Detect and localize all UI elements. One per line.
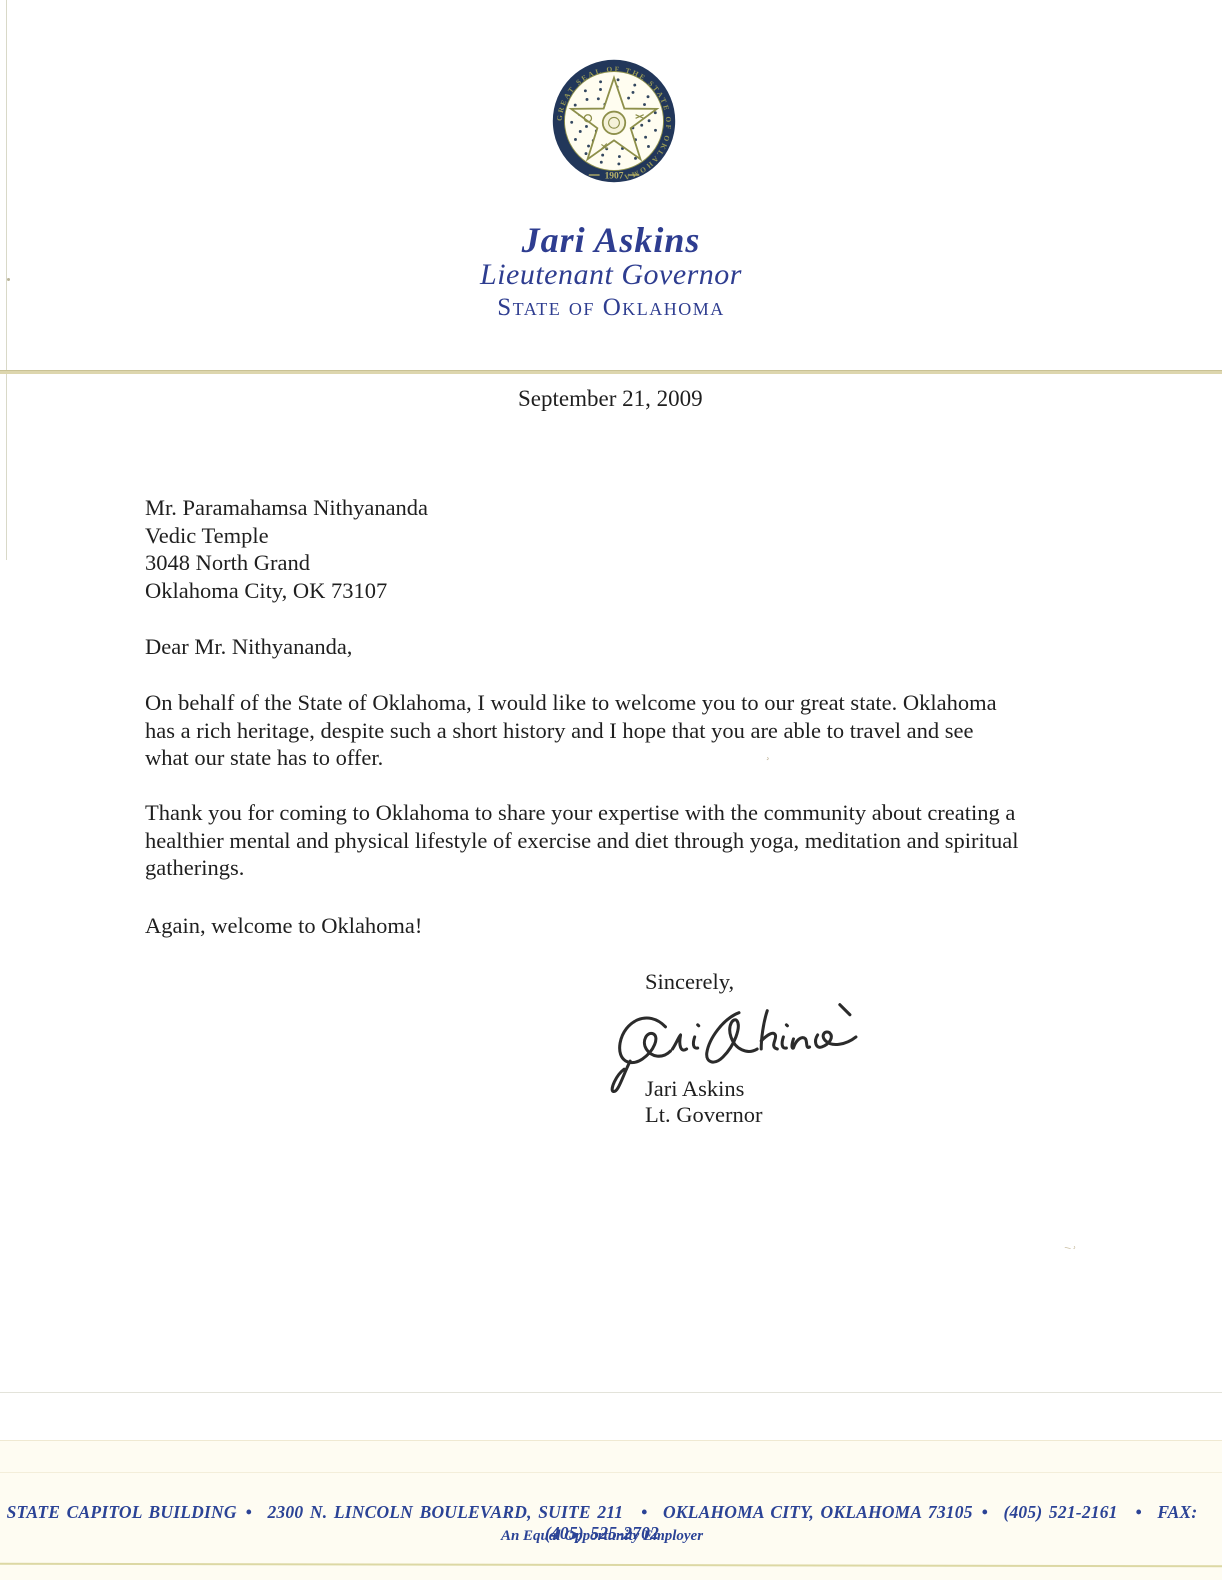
letterhead-name: Jari Askins <box>0 219 1222 261</box>
recipient-line: Mr. Paramahamsa Nithyananda <box>145 494 428 522</box>
body-line: has a rich heritage, despite such a shor… <box>145 717 1125 745</box>
footer-eoe-line: An Equal Opportunity Employer <box>0 1528 1222 1545</box>
oklahoma-state-seal: GREAT SEAL OF THE STATE OF OKLAHOMA 1907 <box>551 58 677 184</box>
body-line: On behalf of the State of Oklahoma, I wo… <box>145 689 1125 717</box>
salutation: Dear Mr. Nithyananda, <box>145 634 352 660</box>
letter-date: September 21, 2009 <box>518 386 703 412</box>
state-seal-icon: GREAT SEAL OF THE STATE OF OKLAHOMA 1907 <box>551 58 677 184</box>
paragraph-2: Thank you for coming to Oklahoma to shar… <box>145 799 1125 882</box>
signature-name: Jari Askins <box>645 1076 744 1102</box>
body-line: gatherings. <box>145 854 1125 882</box>
body-line: Thank you for coming to Oklahoma to shar… <box>145 799 1125 827</box>
seal-year: 1907 <box>605 172 624 182</box>
letterhead-state: State of Oklahoma <box>0 294 1222 322</box>
signature-title: Lt. Governor <box>645 1102 762 1128</box>
recipient-line: Oklahoma City, OK 73107 <box>145 577 428 605</box>
body-line: Again, welcome to Oklahoma! <box>145 912 1125 940</box>
recipient-line: 3048 North Grand <box>145 549 428 577</box>
scan-fold-line <box>0 1392 1222 1393</box>
recipient-line: Vedic Temple <box>145 522 428 550</box>
footer-band-edge <box>0 1440 1222 1441</box>
paragraph-1: On behalf of the State of Oklahoma, I wo… <box>145 689 1125 772</box>
letterhead-divider <box>0 370 1222 374</box>
letterhead-title: Lieutenant Governor <box>0 258 1222 292</box>
scan-speck-2: ⁻ʾ <box>1061 1241 1078 1262</box>
footer-band-line <box>0 1472 1222 1473</box>
body-line: healthier mental and physical lifestyle … <box>145 827 1125 855</box>
recipient-address: Mr. Paramahamsa Nithyananda Vedic Temple… <box>145 494 428 604</box>
closing: Sincerely, <box>645 969 734 995</box>
body-line: what our state has to offer. <box>145 744 1125 772</box>
letter-page: ʾ ⁻ʾ GREAT SEAL OF THE STATE OF OKLAHOMA… <box>0 0 1222 1580</box>
paragraph-3: Again, welcome to Oklahoma! <box>145 912 1125 940</box>
